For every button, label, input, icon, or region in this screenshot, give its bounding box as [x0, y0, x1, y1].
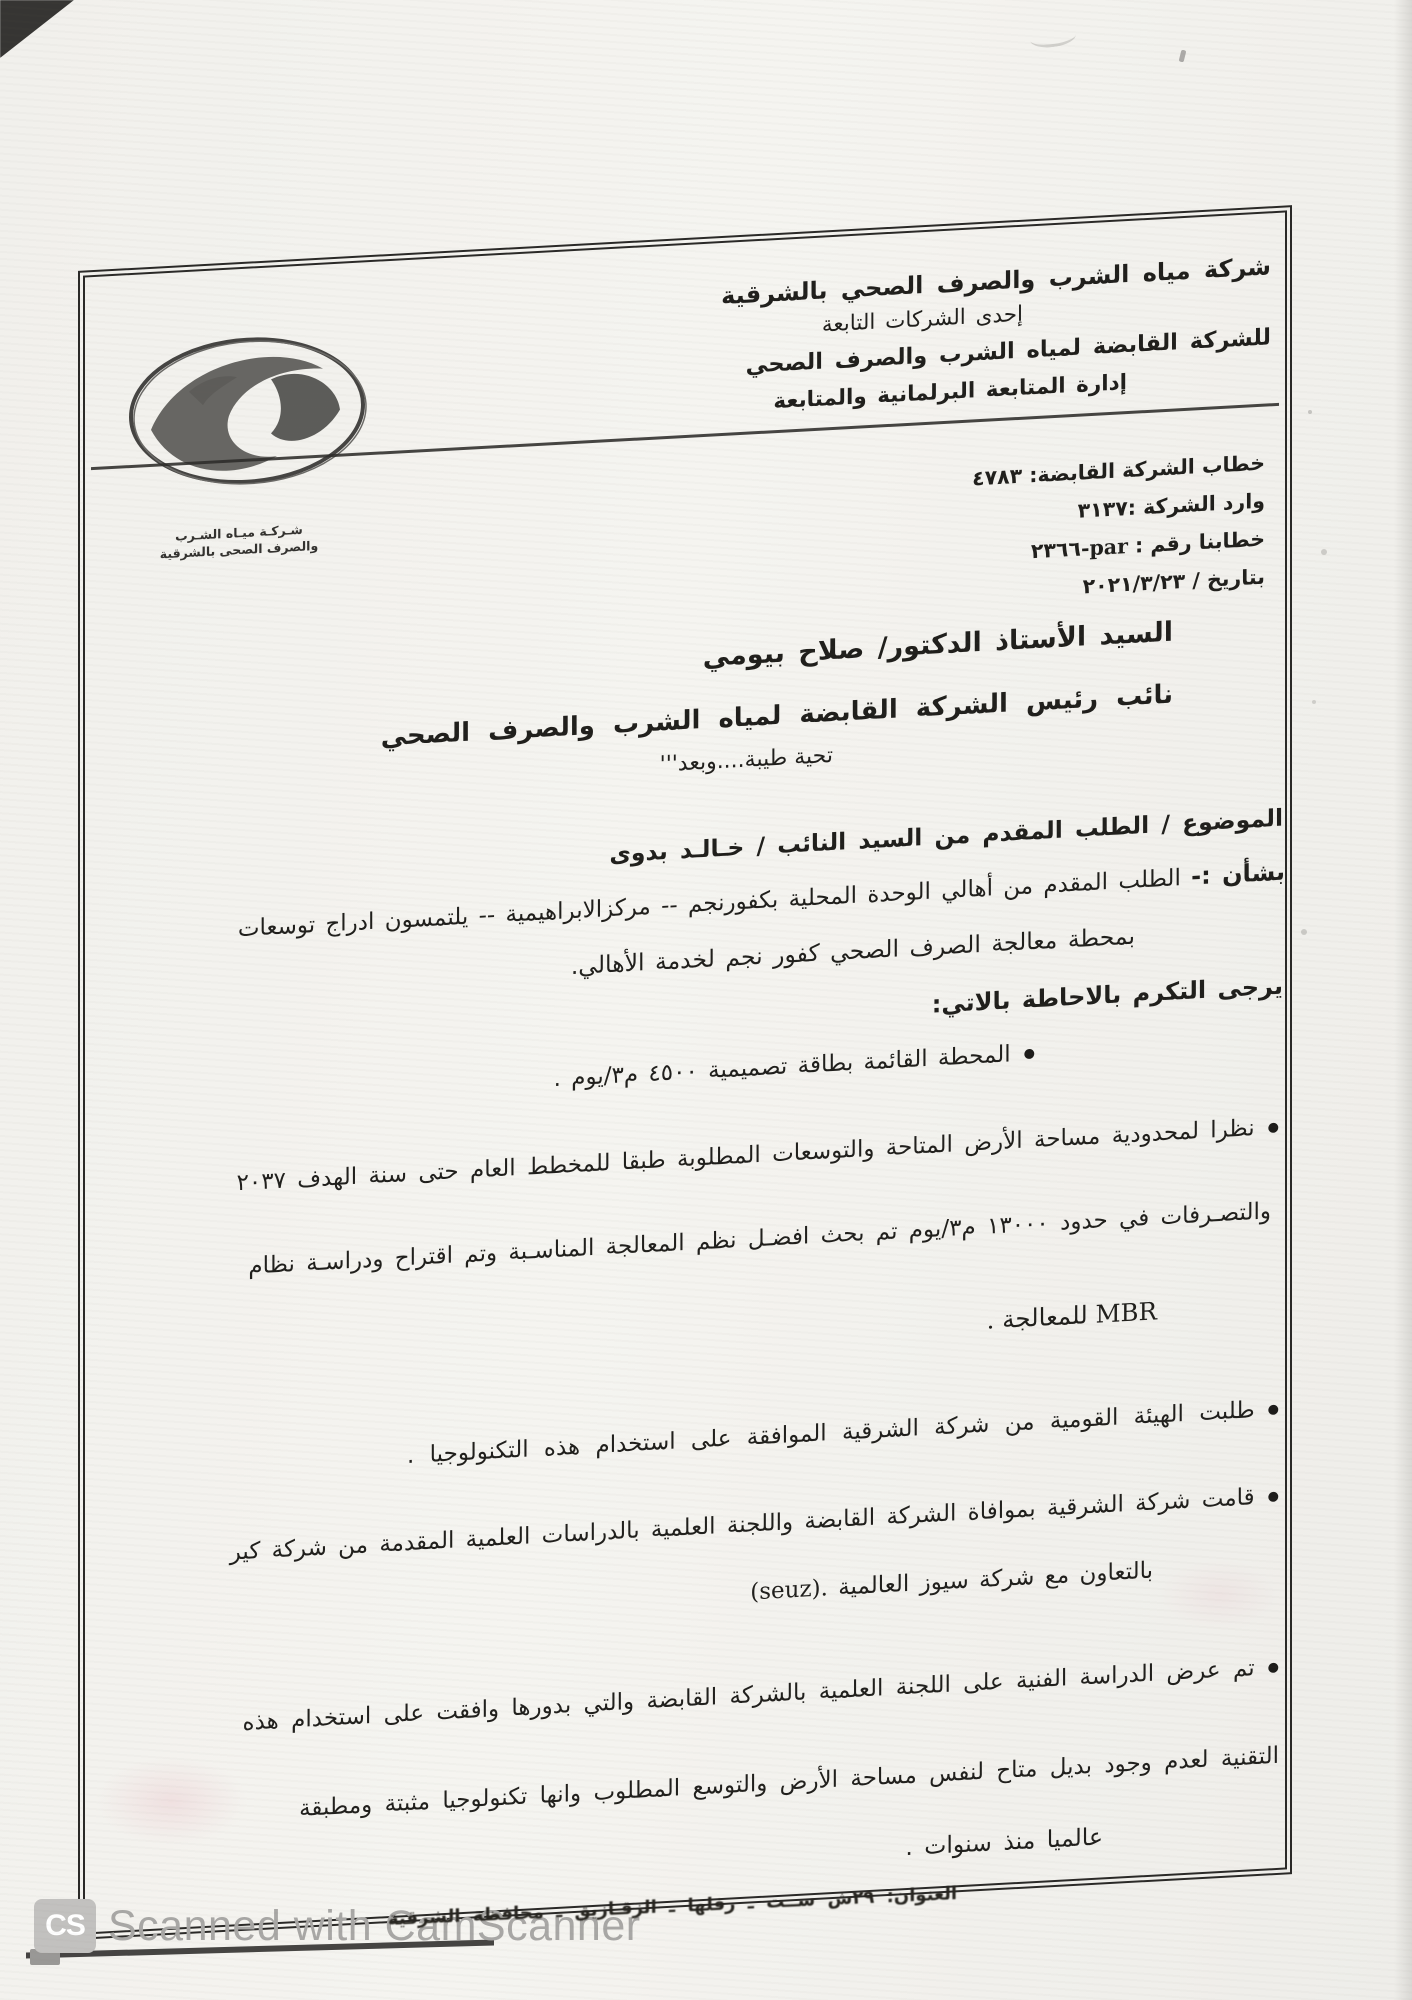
regarding-continuation: بمحطة معالجة الصرف الصحي كفور نجم لخدمة … [571, 923, 1135, 981]
bullet-4-line2: بالتعاون مع شركة سيوز العالمية .(seuz) [750, 1558, 1153, 1606]
ref-date: بتاريخ / ٢٠٢١/٣/٢٣ [1083, 566, 1265, 599]
bullet-5-line3: عالميا منذ سنوات . [905, 1823, 1103, 1861]
scan-smudge [1029, 25, 1077, 50]
greeting-line: تحية طيبة....وبعد''' [660, 743, 833, 778]
bullet-5-line2: التقنية لعدم وجود بديل متاح لنفس مساحة ا… [299, 1743, 1279, 1823]
scan-speck [1179, 50, 1187, 63]
bullet-1-text: المحطة القائمة بطاقة تصميمية ٤٥٠٠ م٣/يوم… [554, 1041, 1011, 1092]
org-name-line4: إدارة المتابعة البرلمانية والمتابعة [773, 371, 1127, 415]
org-logo: شـركـة ميـاه الشـرب والصرف الصحى بالشرقي… [119, 322, 375, 506]
bullet-2-line1: نظرا لمحدودية مساحة الأرض المتاحة والتوس… [237, 1115, 1255, 1196]
addressee-title: نائب رئيس الشركة القابضة لمياه الشرب وال… [381, 681, 1173, 754]
addressee-name: السيد الأستاذ الدكتور/ صلاح بيومي [703, 617, 1173, 674]
bullet-icon: ● [1268, 1402, 1279, 1418]
bullet-icon: ● [1268, 1489, 1279, 1505]
bullet-icon: ● [1268, 1660, 1279, 1676]
scan-specks [1308, 410, 1312, 414]
camscanner-badge: CS [34, 1899, 96, 1953]
org-name-line2: إحدى الشركات التابعة [822, 303, 1023, 339]
bullet-item-5: ●تم عرض الدراسة الفنية على اللجنة العلمي… [243, 1654, 1279, 1737]
org-name-line1: شركة مياه الشرب والصرف الصحي بالشرقية [721, 253, 1271, 310]
bullet-item-3: ●طلبت الهيئة القومية من شركة الشرقية الم… [407, 1396, 1279, 1470]
bullet-item-4: ●قامت شركة الشرقية بموافاة الشركة القابض… [230, 1483, 1279, 1566]
request-line: يرجى التكرم بالاحاطة بالاتي: [932, 973, 1283, 1020]
bullet-3-text: طلبت الهيئة القومية من شركة الشرقية المو… [407, 1397, 1255, 1469]
camscanner-badge-label: CS [45, 1909, 85, 1943]
bullet-5-line1: تم عرض الدراسة الفنية على اللجنة العلمية… [243, 1655, 1255, 1736]
bullet-2-line2: والتصـرفات في حدود ١٣٠٠٠ م٣/يوم تم بحث ا… [248, 1198, 1271, 1280]
ref-our-letter-label: خطابنا رقم : [1135, 527, 1265, 558]
ref-holding-letter: خطاب الشركة القابضة: ٤٧٨٣ [972, 452, 1265, 491]
ref-inbound-number: وارد الشركة :٣١٣٧ [1078, 490, 1265, 524]
scanned-letter-page: { "letterhead": { "org_line1": "شركة ميا… [0, 0, 1412, 2000]
scan-corner-artifact [0, 0, 74, 58]
letter-border-frame: شـركـة ميـاه الشـرب والصرف الصحى بالشرقي… [78, 205, 1292, 1940]
subject-line: الموضوع / الطلب المقدم من السيد النائب /… [609, 805, 1283, 869]
bullet-item-2: ●نظرا لمحدودية مساحة الأرض المتاحة والتو… [237, 1114, 1280, 1197]
paper-edge-shade [1394, 0, 1412, 2000]
ref-our-letter: خطابنا رقم : ٢٣٦٦-par [1031, 528, 1265, 564]
regarding-label: بشأن :- [1191, 858, 1285, 891]
bullet-item-1: ●المحطة القائمة بطاقة تصميمية ٤٥٠٠ م٣/يو… [554, 1040, 1035, 1093]
ref-our-letter-value: ٢٣٦٦-par [1031, 534, 1128, 563]
logo-globe-icon [119, 322, 375, 506]
bullet-4-line1: قامت شركة الشرقية بموافاة الشركة القابضة… [230, 1484, 1255, 1566]
bullet-icon: ● [1024, 1046, 1035, 1062]
logo-caption: شـركـة ميـاه الشـرب والصرف الصحى بالشرقي… [119, 519, 359, 566]
bullet-icon: ● [1268, 1120, 1279, 1136]
bullet-2-line3: MBR للمعالجة . [987, 1297, 1157, 1334]
